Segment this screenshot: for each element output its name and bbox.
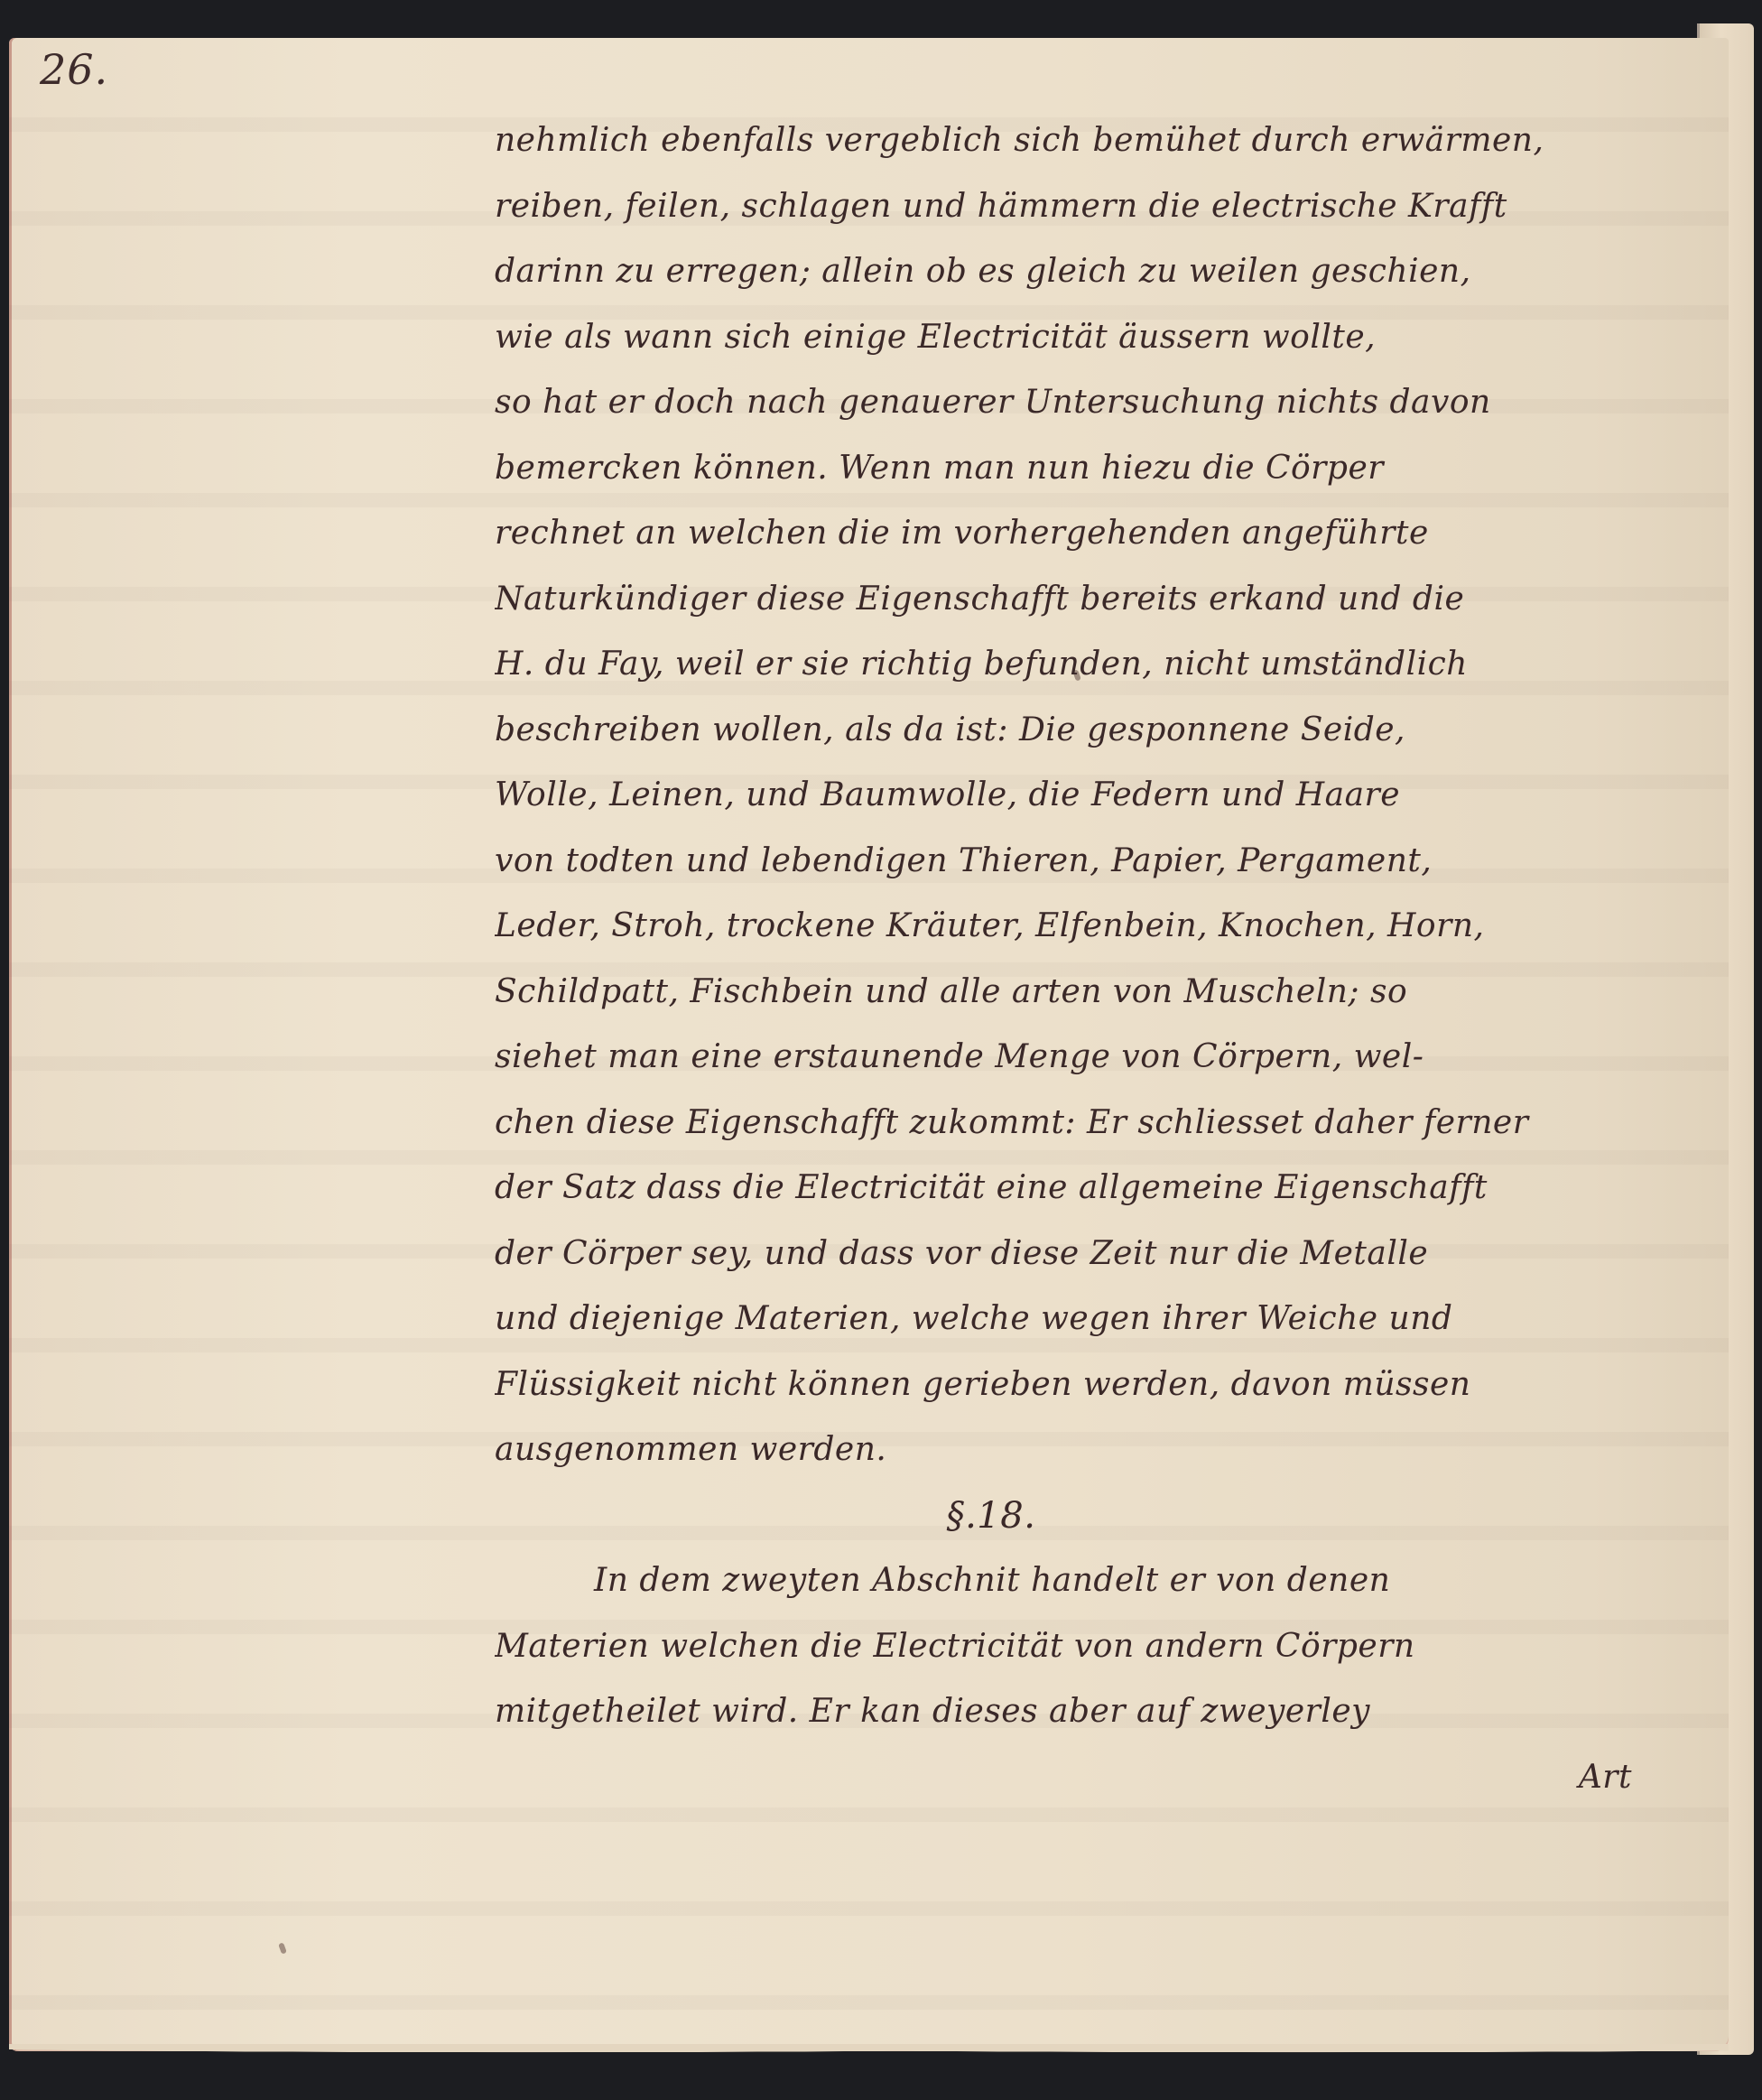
section-text-line: In dem zweyten Abschnit handelt er von d… <box>495 1548 1686 1614</box>
text-line: darinn zu erregen; allein ob es gleich z… <box>495 239 1686 305</box>
page-number: 26. <box>40 45 108 94</box>
section-heading: §.18. <box>495 1483 1686 1549</box>
text-line: Schildpatt, Fischbein und alle arten von… <box>495 960 1686 1026</box>
ink-speck <box>278 1942 287 1954</box>
text-line: so hat er doch nach genauerer Untersuchu… <box>495 370 1686 436</box>
manuscript-text: nehmlich ebenfalls vergeblich sich bemüh… <box>495 108 1686 1810</box>
section-text-line: Materien welchen die Electricität von an… <box>495 1614 1686 1680</box>
text-line: reiben, feilen, schlagen und hämmern die… <box>495 174 1686 240</box>
text-line: Leder, Stroh, trockene Kräuter, Elfenbei… <box>495 894 1686 960</box>
text-line: bemercken können. Wenn man nun hiezu die… <box>495 436 1686 502</box>
text-line: H. du Fay, weil er sie richtig befunden,… <box>495 632 1686 698</box>
text-line: von todten und lebendigen Thieren, Papie… <box>495 829 1686 895</box>
section-text-line: mitgetheilet wird. Er kan dieses aber au… <box>495 1679 1686 1745</box>
text-line: der Satz dass die Electricität eine allg… <box>495 1156 1686 1222</box>
text-line: siehet man eine erstaunende Menge von Cö… <box>495 1025 1686 1091</box>
text-line: Naturkündiger diese Eigenschafft bereits… <box>495 567 1686 633</box>
text-line: nehmlich ebenfalls vergeblich sich bemüh… <box>495 108 1686 174</box>
text-line: Flüssigkeit nicht können gerieben werden… <box>495 1352 1686 1418</box>
catchword: Art <box>495 1745 1686 1811</box>
text-line: beschreiben wollen, als da ist: Die gesp… <box>495 698 1686 764</box>
text-line: chen diese Eigenschafft zukommt: Er schl… <box>495 1091 1686 1157</box>
text-line: und diejenige Materien, welche wegen ihr… <box>495 1287 1686 1352</box>
text-line: rechnet an welchen die im vorhergehenden… <box>495 501 1686 567</box>
text-line: der Cörper sey, und dass vor diese Zeit … <box>495 1222 1686 1287</box>
text-line: Wolle, Leinen, und Baumwolle, die Federn… <box>495 763 1686 829</box>
text-line: ausgenommen werden. <box>495 1417 1686 1483</box>
text-line: wie als wann sich einige Electricität äu… <box>495 305 1686 371</box>
